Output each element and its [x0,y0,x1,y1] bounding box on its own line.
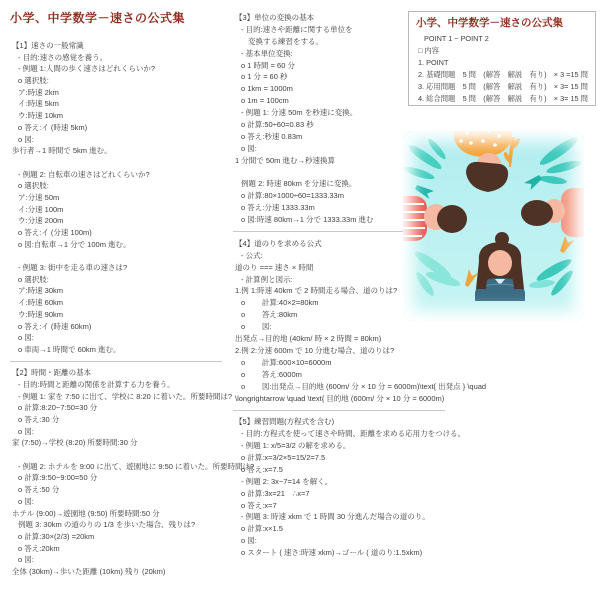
text-line: - 例題 2: ホテルを 9:00 に出て、遊園地に 9:50 に着いた。所要時… [10,461,230,473]
text-line: o 図:自転車→1 分で 100m 進む。 [10,239,230,251]
text-line: ア:分速 50m [10,192,230,204]
text-line: □ 内容 [416,45,588,57]
text-line: o 図: [10,554,230,566]
text-line: o 計算:x=3/2×5=15/2=7.5 [233,452,447,464]
spacer [10,157,230,169]
text-line: - 例題 1: x/5=3/2 の解を求める。 [233,440,447,452]
text-line: - 例題 3: 街中を走る車の速さは? [10,262,230,274]
text-line: - 例題 3: 時速 xkm で 1 時間 30 分進んだ場合の道のり。 [233,511,447,523]
text-line: - 例題 1: 分速 50m を秒速に変換。 [233,107,447,119]
text-line: 歩行者→1 時間で 5km 進む。 [10,145,230,157]
text-line: o スタート ( 速さ:時速 xkm)→ゴール ( 道のり:1.5xkm) [233,547,447,559]
text-line: o 計算:9:50−9:00=50 分 [10,472,230,484]
left-column: 小学、中学数学－速さの公式集 【1】速さの一般常識- 目的:速さの感覚を養う。-… [10,10,230,578]
text-line: o 選択肢: [10,274,230,286]
text-line: o 車両→1 時間で 60km 進む。 [10,344,230,356]
text-line: - 例題 2: 自転車の速さはどれくらいか? [10,169,230,181]
text-line: o 答え:30 分 [10,414,230,426]
text-line: 4. 総合問題 5 問 (解答 解説 有り) × 3= 15 問 [416,93,588,105]
text-line: \longrightarrow \quad \text{ 目的地 (600m/ … [233,393,447,405]
section-heading: 【5】練習問題(方程式を含む) [233,416,447,428]
text-line: o 図: [10,496,230,508]
text-line: ア:時速 30km [10,285,230,297]
text-line: o 答え:イ (時速 60km) [10,321,230,333]
person-bottom-face [488,250,512,276]
text-line: o 答え:イ (分速 100m) [10,227,230,239]
text-line: o 答え:6000m [233,369,447,381]
text-line: 全体 (30km)→歩いた距離 (10km) 残り (20km) [10,566,230,578]
text-line: - 目的:時間と距離の関係を計算する力を養う。 [10,379,230,391]
text-line: 1. POINT [416,57,588,69]
text-line: o 図: [10,426,230,438]
text-line: o 答え:50 分 [10,484,230,496]
text-line: o 図: [233,321,447,333]
text-line: o 図: [10,134,230,146]
text-line: 2.例 2:分速 600m で 10 分進む場合、道のりは? [233,345,447,357]
section-divider [10,356,230,368]
text-line: o 計算:50÷60=0.83 秒 [233,119,447,131]
text-line: イ:分速 100m [10,204,230,216]
left-column-text: 【1】速さの一般常識- 目的:速さの感覚を養う。- 例題 1:人間の歩く速さはど… [10,40,230,578]
text-line: - 例題 1:人間の歩く速さはどれくらいか? [10,63,230,75]
section-heading: 【2】時間・距離の基本 [10,367,230,379]
text-line: - 例題 2: 3x−7=14 を解く。 [233,476,447,488]
text-line: o 計算:30×(2/3) =20km [10,531,230,543]
person-right-hair [521,200,553,226]
text-line: o 図: [10,332,230,344]
text-line: ホテル (9:00)→遊園地 (9:50) 所要時間:50 分 [10,508,230,520]
text-line: o 計算:600×10=6000m [233,357,447,369]
text-line: o 計算:3x=21 ∴x=7 [233,488,447,500]
text-line: o 答え:20km [10,543,230,555]
summary-panel-title: 小学、中学数学－速さの公式集 [416,17,588,30]
person-left-hair [437,205,467,233]
text-line: o 計算:x×1.5 [233,523,447,535]
page-title: 小学、中学数学－速さの公式集 [10,10,230,27]
text-line: POINT 1 ~ POINT 2 [416,33,588,45]
text-line: o 答え:x=7 [233,500,447,512]
section-divider [233,404,447,416]
text-line: o 答え:x=7.5 [233,464,447,476]
text-line: o 計算:8:20−7:50=30 分 [10,402,230,414]
text-line: o 図:出発点→目的地 (600m/ 分 × 10 分 = 6000m)\tex… [233,381,447,393]
text-line: ウ:分速 200m [10,215,230,227]
text-line: 出発点→目的地 (40km/ 時 × 2 時間 = 80km) [233,333,447,345]
text-line: o 選択肢: [10,180,230,192]
text-line: 家 (7:50)→学校 (8:20) 所要時間:30 分 [10,437,230,449]
text-line: - 目的:方程式を使って速さや時間、距離を求める応用力をつける。 [233,428,447,440]
text-line: o 選択肢: [10,75,230,87]
section-heading: 【1】速さの一般常識 [10,40,230,52]
spacer [10,449,230,461]
summary-panel: 小学、中学数学－速さの公式集 POINT 1 ~ POINT 2□ 内容1. P… [408,11,596,106]
team-illustration [403,131,584,321]
text-line: o 図: [233,535,447,547]
text-line: 3. 応用問題 5 問 (解答 解説 有り) × 3= 15 問 [416,81,588,93]
text-line: 例題 3: 30km の道のりの 1/3 を歩いた場合、残りは? [10,519,230,531]
text-line: - 目的:速さの感覚を養う。 [10,52,230,64]
text-line: o 答え:イ (時速 5km) [10,122,230,134]
text-line: ウ:時速 10km [10,110,230,122]
text-line: - 例題 1: 家を 7:50 に出て、学校に 8:20 に着いた。所要時間は? [10,391,230,403]
summary-panel-text: POINT 1 ~ POINT 2□ 内容1. POINT2. 基礎問題 5 問… [416,33,588,106]
text-line: ア:時速 2km [10,87,230,99]
text-line: 2. 基礎問題 5 問 (解答 解説 有り) × 3 =15 問 [416,69,588,81]
text-line: ウ:時速 90km [10,309,230,321]
text-line: イ:時速 5km [10,98,230,110]
text-line: イ:時速 60km [10,297,230,309]
spacer [10,250,230,262]
person-left-shirt [403,196,427,241]
